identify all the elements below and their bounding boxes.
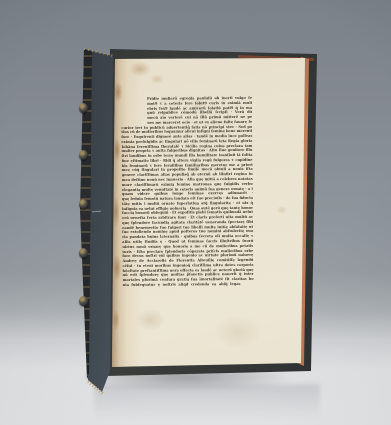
spine-band <box>79 248 88 258</box>
book-photograph: Pridie mulierū egregia paululū ab inerti… <box>0 0 391 425</box>
spine-band <box>79 150 88 160</box>
spine-band <box>79 296 88 306</box>
spine-band <box>79 103 88 113</box>
spine-band <box>79 199 88 209</box>
text-block: Pridie mulierū egregia paululū ab inerti… <box>121 96 254 288</box>
surface-reflection <box>94 384 320 425</box>
text-line: nia ſubſequatur ę noſtris aliqđ credenda… <box>123 282 241 288</box>
